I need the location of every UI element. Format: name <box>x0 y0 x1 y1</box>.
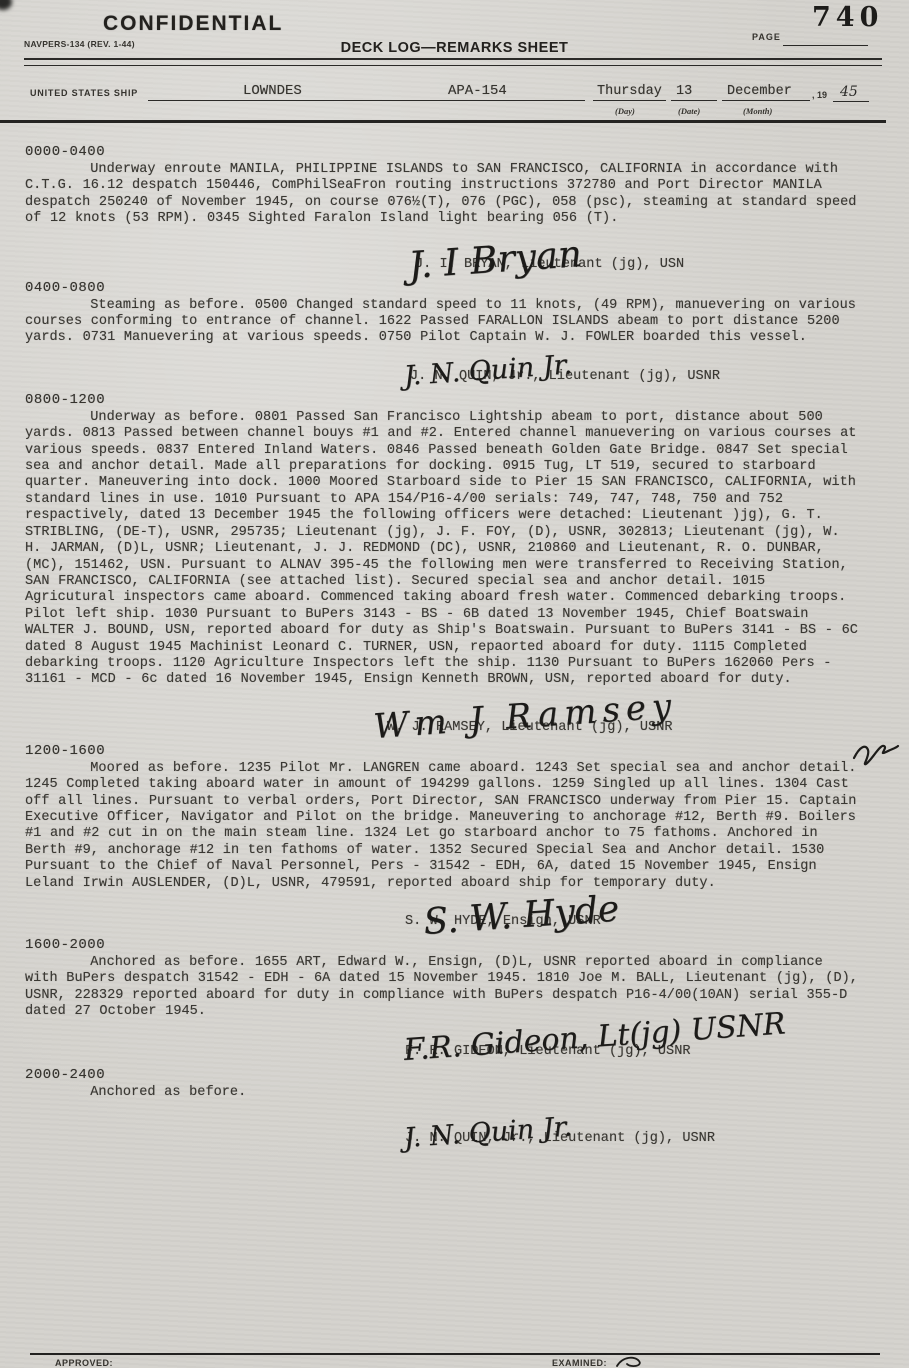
entry-text: Anchored as before. <box>25 1085 859 1101</box>
day-value: Thursday <box>597 84 662 99</box>
signature-block: J. N. Quin Jr. J. N. QUIN, Jr., Lieutena… <box>25 361 859 384</box>
signature-block: F.R. Gideon, Lt(jg) USNR F. R. GIDEON, L… <box>25 1033 859 1059</box>
year-underline <box>833 101 869 102</box>
watch-period: 0000-0400 <box>25 144 859 160</box>
day-sublabel: (Day) <box>615 106 635 116</box>
page-title: DECK LOG—REMARKS SHEET <box>0 40 909 56</box>
examined-label: EXAMINED: <box>552 1358 607 1368</box>
hull-number: APA-154 <box>448 83 507 99</box>
ship-label: UNITED STATES SHIP <box>30 88 138 98</box>
log-entry-2000-2400: 2000-2400 Anchored as before. J. N. Quin… <box>25 1067 859 1146</box>
ship-underline <box>148 100 585 101</box>
entry-text: Moored as before. 1235 Pilot Mr. LANGREN… <box>25 761 859 892</box>
signature-block: J. I Bryan J. I. BRYAN, Lieutenant (jg),… <box>25 244 859 272</box>
signature-block: J. N. Quin Jr. J. N. QUIN, Jr., Lieutena… <box>25 1123 859 1146</box>
watch-period: 0800-1200 <box>25 392 859 408</box>
year-prefix: , 19 <box>812 90 827 100</box>
header-divider <box>0 120 886 123</box>
date-underline <box>671 100 717 101</box>
log-entry-0400-0800: 0400-0800 Steaming as before. 0500 Chang… <box>25 280 859 384</box>
month-value: December <box>727 84 792 99</box>
footer-divider <box>30 1353 880 1355</box>
log-entry-1200-1600: 1200-1600 Moored as before. 1235 Pilot M… <box>25 743 859 929</box>
log-entries: 0000-0400 Underway enroute MANILA, PHILI… <box>25 138 859 1154</box>
log-entry-1600-2000: 1600-2000 Anchored as before. 1655 ART, … <box>25 937 859 1059</box>
watch-period: 2000-2400 <box>25 1067 859 1083</box>
day-underline <box>593 100 666 101</box>
title-divider <box>24 58 882 66</box>
page-number-stamp: 740 <box>812 2 883 33</box>
entry-text: Underway enroute MANILA, PHILIPPINE ISLA… <box>25 162 859 228</box>
watch-period: 1200-1600 <box>25 743 859 759</box>
classification-stamp: CONFIDENTIAL <box>103 12 283 36</box>
signature-block: Wm J Ramsey W. J. RAMSEY, Lieutenant (jg… <box>25 707 859 735</box>
signature-block: S. W. Hyde S. W. HYDE, Ensign, USNR <box>25 902 859 929</box>
month-sublabel: (Month) <box>743 106 772 116</box>
deck-log-page: CONFIDENTIAL 740 PAGE NAVPERS-134 (REV. … <box>0 0 909 1368</box>
ship-name: LOWNDES <box>243 83 302 99</box>
month-underline <box>722 100 810 101</box>
date-sublabel: (Date) <box>678 106 700 116</box>
pen-scribble-icon <box>615 1356 655 1368</box>
approved-label: APPROVED: <box>55 1358 113 1368</box>
date-value: 13 <box>676 84 692 99</box>
pen-scribble-icon <box>850 736 900 768</box>
log-entry-0000-0400: 0000-0400 Underway enroute MANILA, PHILI… <box>25 144 859 272</box>
log-entry-0800-1200: 0800-1200 Underway as before. 0801 Passe… <box>25 392 859 735</box>
year-value: 45 <box>840 84 858 100</box>
entry-text: Underway as before. 0801 Passed San Fran… <box>25 410 859 689</box>
